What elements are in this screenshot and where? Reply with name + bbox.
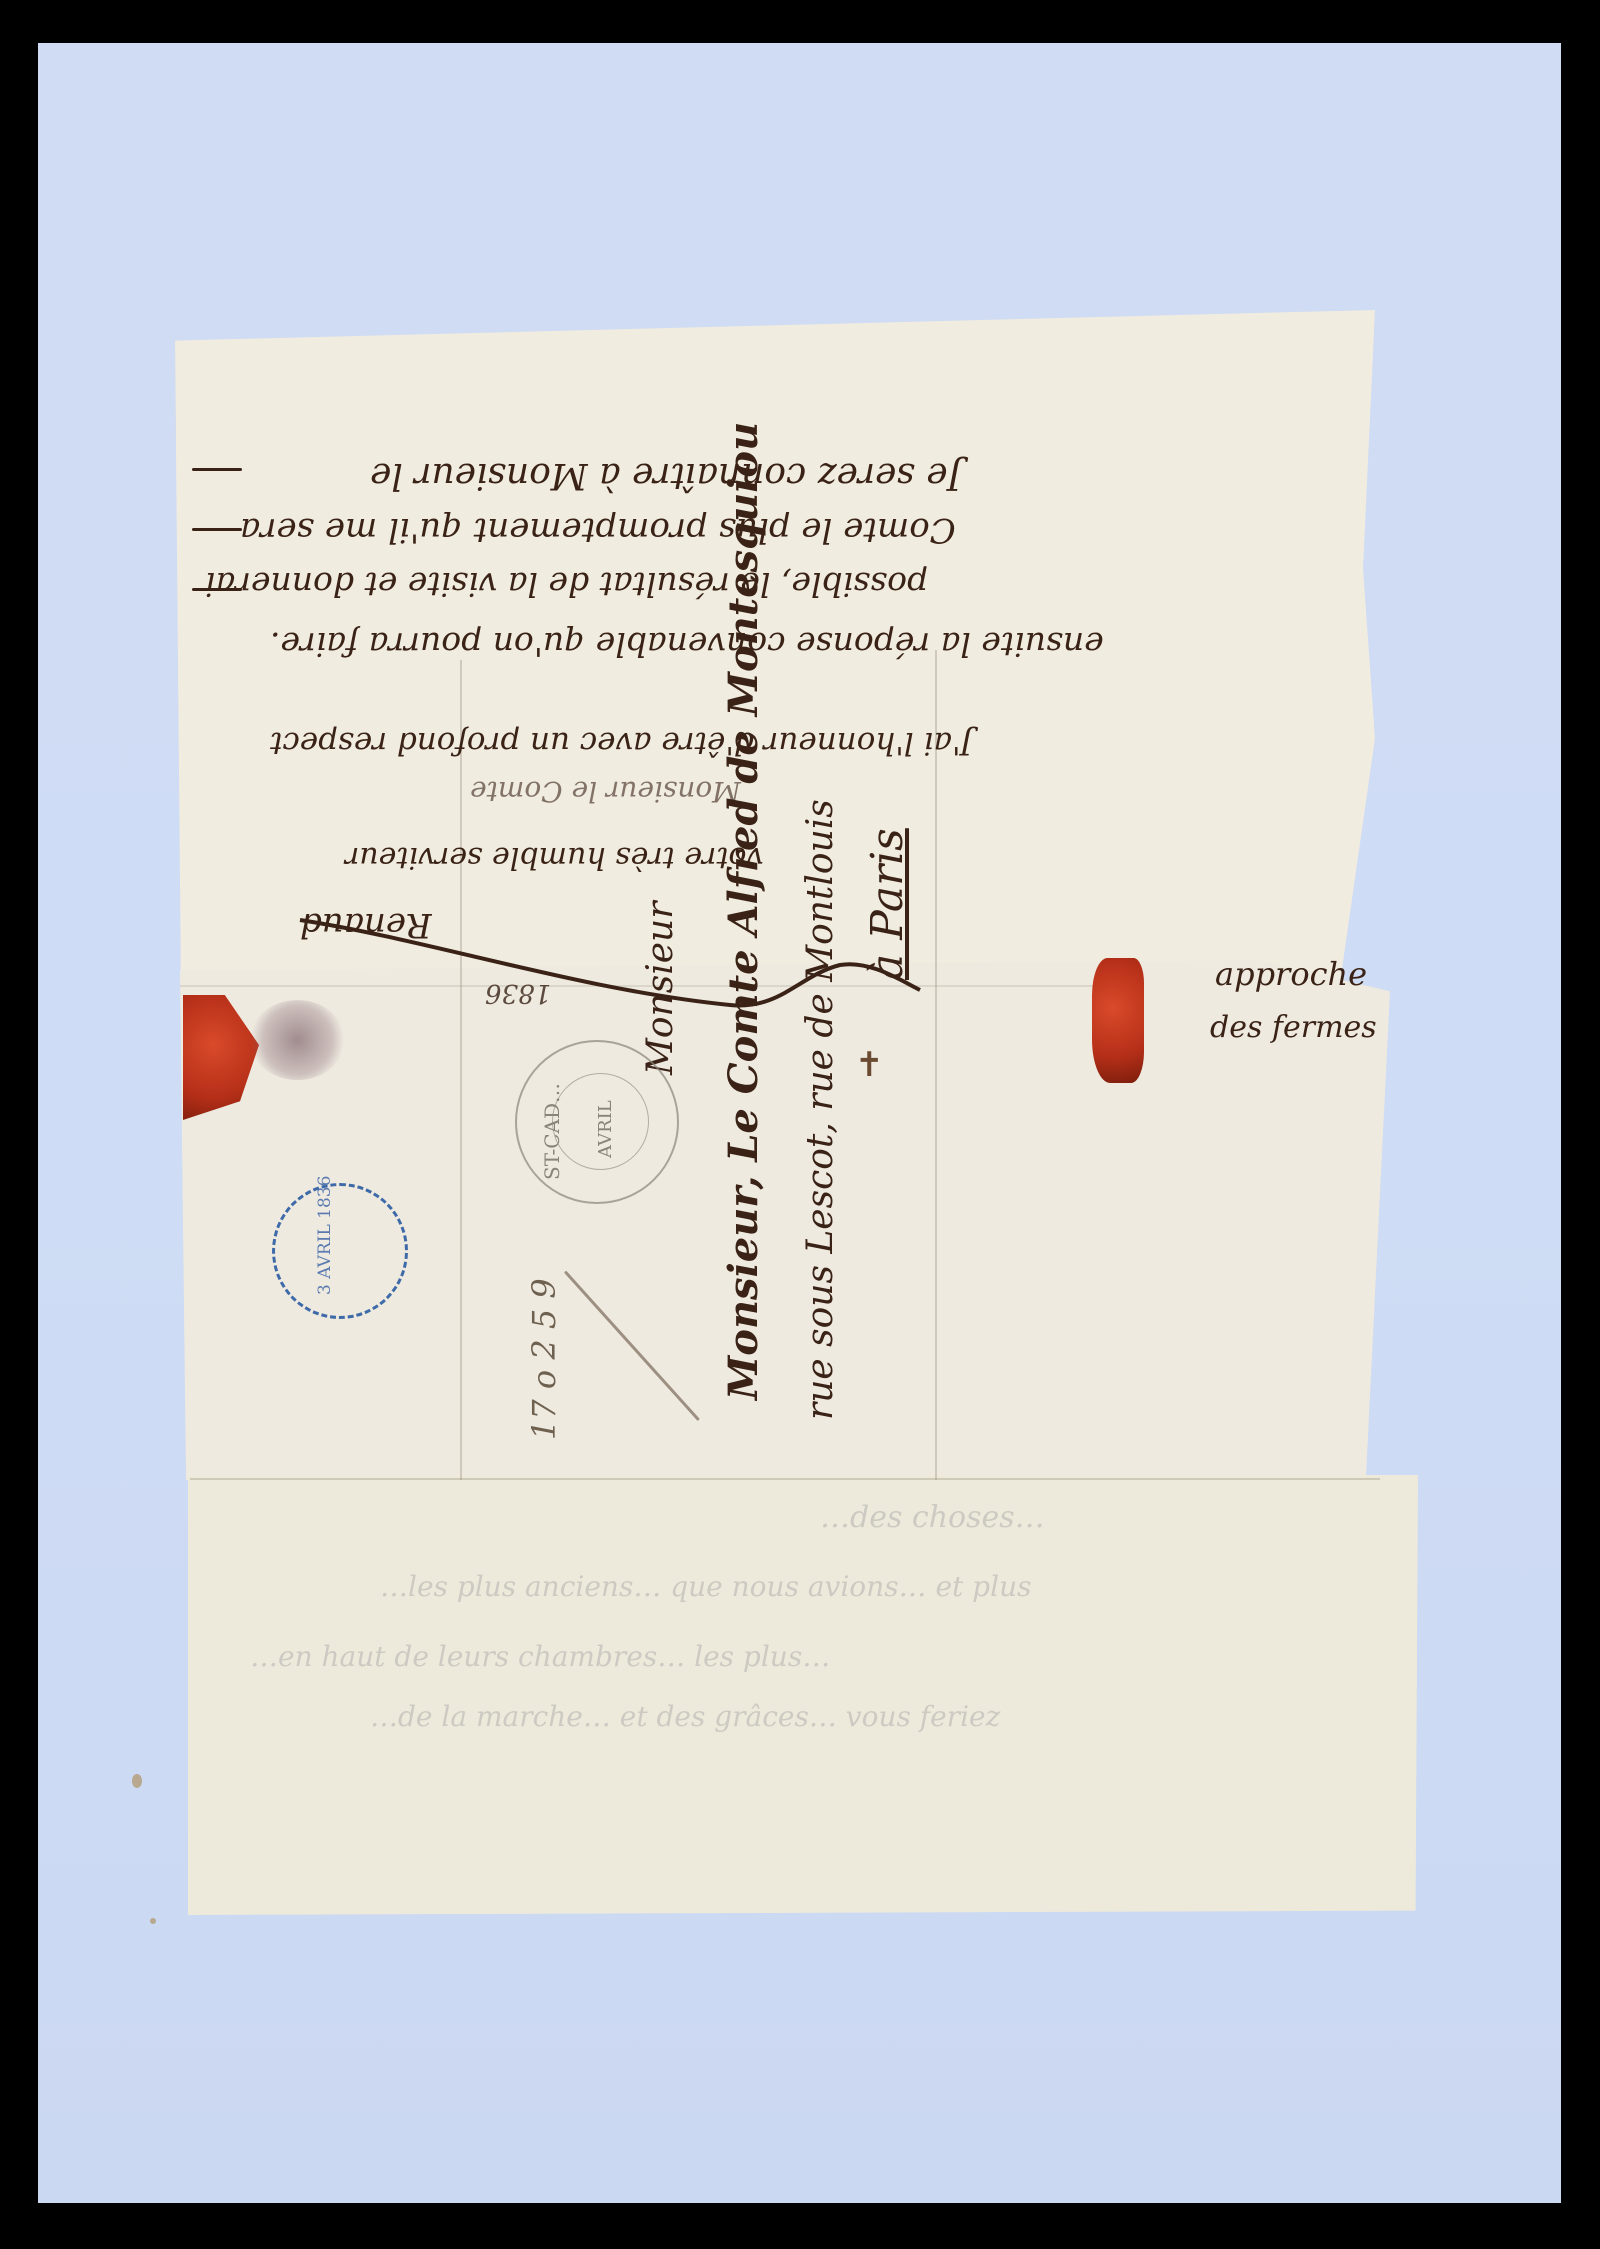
ink-smudge [250,1000,345,1080]
fold-line-left [460,660,462,1480]
letter-line-6: Monsieur le Comte [470,775,741,808]
letter-sheet: Je serez connaître à Monsieur le Comte l… [0,0,1600,2249]
line-dash-2 [192,528,242,531]
letter-line-3: possible, le résultat de la visite et do… [205,565,928,604]
fold-line-right [935,650,937,1480]
postmark-black-date: AVRIL [595,1100,616,1158]
dust-speck [150,1918,156,1924]
postmark-blue-ring [272,1183,408,1319]
fold-line-bottom [190,1478,1380,1480]
line-dash-3 [192,588,242,591]
edge-text-approche: approche [1215,955,1367,993]
bleedthrough-line-2: …les plus anciens… que nous avions… et p… [380,1570,1031,1603]
cross-mark: ✝ [855,1045,884,1085]
letter-line-2: Comte le plus promptement qu'il me sera [240,510,956,550]
rate-marking: 17 o 2 5 9 [525,1278,563,1440]
wax-seal-right [1092,958,1144,1083]
edge-text-fermes: des fermes [1210,1010,1377,1045]
address-swoosh-stroke [280,880,930,1040]
line-dash-1 [192,468,242,471]
letter-line-5: J'ai l'honneur d'être avec un profond re… [270,725,973,761]
letter-line-7: votre très humble serviteur [345,840,763,875]
letter-line-1: Je serez connaître à Monsieur le [370,455,962,496]
bleedthrough-line-4: …de la marche… et des grâces… vous ferie… [370,1700,1000,1733]
bleedthrough-line-3: …en haut de leurs chambres… les plus… [250,1640,830,1673]
letter-line-4: ensuite la réponse convenable qu'on pour… [270,625,1104,664]
bleedthrough-line-1: …des choses… [820,1500,1045,1535]
postmark-black-text: ST-CAD… [540,1083,564,1180]
postmark-blue-text: 3 AVRIL 1836 [315,1176,335,1295]
dust-speck [132,1774,142,1788]
letter-bottom-panel [188,1475,1418,1915]
